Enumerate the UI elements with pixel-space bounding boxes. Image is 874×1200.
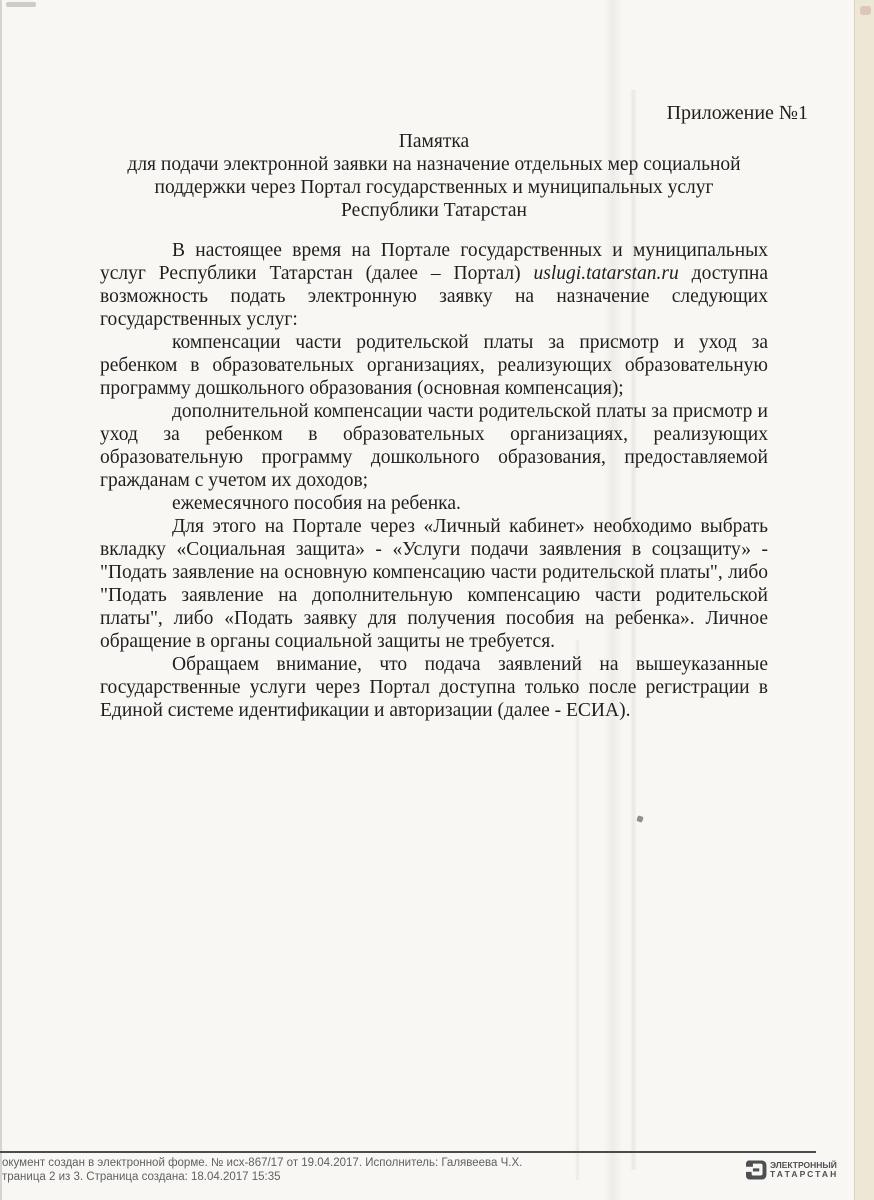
footer-separator-line [0,1151,816,1153]
scanner-edge-strip [854,0,874,1200]
title-line-3: поддержки через Портал государственных и… [100,176,768,199]
paragraph-basic-compensation: компенсации части родительской платы за … [100,331,768,400]
paragraph-instructions: Для этого на Портале через «Личный кабин… [100,515,768,653]
document-title: Памятка для подачи электронной заявки на… [100,130,768,222]
footer-line-2: траница 2 из 3. Страница создана: 18.04.… [2,1170,522,1184]
footer-metadata: окумент создан в электронной форме. № ис… [2,1156,522,1184]
title-line-4: Республики Татарстан [100,199,768,222]
appendix-label: Приложение №1 [667,101,808,125]
scan-left-edge-artifact [0,0,2,1200]
title-line-1: Памятка [100,130,768,153]
footer-line-1: окумент создан в электронной форме. № ис… [2,1156,522,1170]
scan-smudge [860,6,871,15]
paragraph-additional-compensation: дополнительной компенсации части родител… [100,400,768,492]
electronic-tatarstan-logo: ЭЛЕКТРОННЫЙ ТАТАРСТАН [745,1160,838,1180]
electronic-tatarstan-logo-icon [745,1160,767,1180]
paragraph-esia-note: Обращаем внимание, что подача заявлений … [100,653,768,722]
portal-url-text: uslugi.tatarstan.ru [534,263,679,284]
scan-speck [636,815,644,823]
title-line-2: для подачи электронной заявки на назначе… [100,153,768,176]
scan-smudge [6,2,36,7]
paragraph-intro: В настоящее время на Портале государстве… [100,239,768,331]
paragraph-monthly-allowance: ежемесячного пособия на ребенка. [100,492,768,515]
logo-caption-line-2: ТАТАРСТАН [770,1170,838,1179]
logo-caption: ЭЛЕКТРОННЫЙ ТАТАРСТАН [770,1161,838,1179]
document-body: В настоящее время на Портале государстве… [100,239,768,722]
scanned-document-page: Приложение №1 Памятка для подачи электро… [0,0,874,1200]
